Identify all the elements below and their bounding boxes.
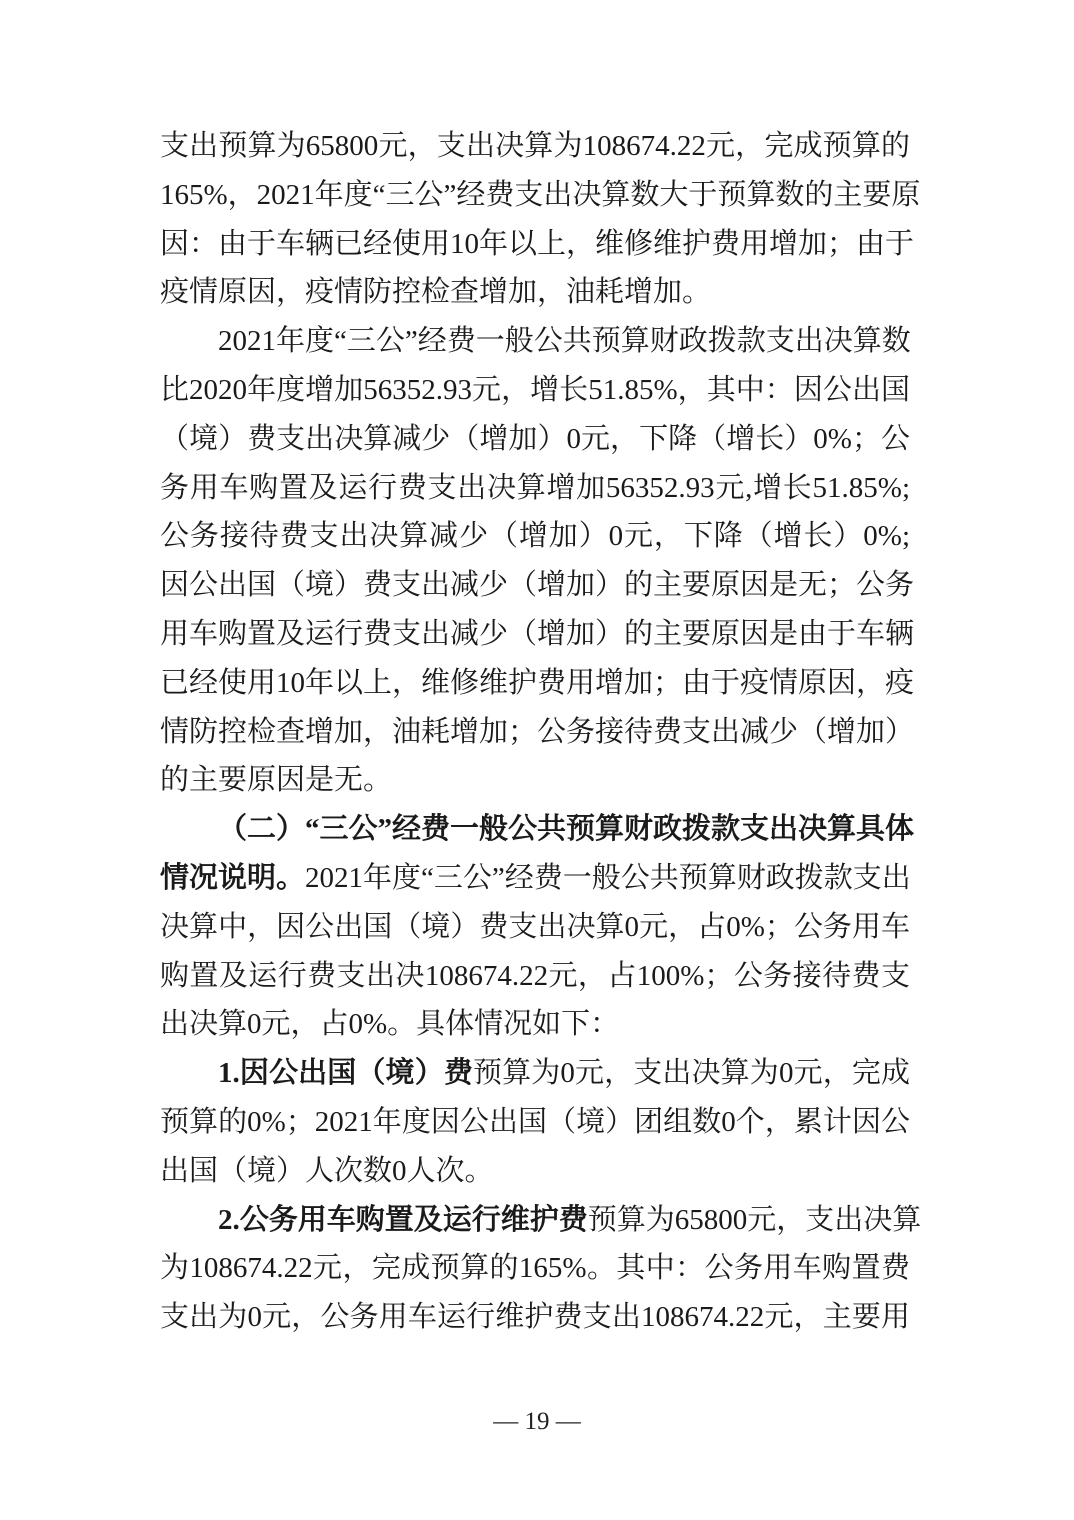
- text-line: 1.因公出国（境）费预算为0元，支出决算为0元，完成: [160, 1049, 910, 1098]
- text-line: 为108674.22元，完成预算的165%。其中：公务用车购置费: [160, 1244, 910, 1293]
- text-line: 2021年度“三公”经费一般公共预算财政拨款支出决算数: [160, 317, 910, 366]
- text-line: 务用车购置及运行费支出决算增加56352.93元,增长51.85%;: [160, 464, 910, 513]
- text-line: 预算的0%；2021年度因公出国（境）团组数0个，累计因公: [160, 1098, 910, 1147]
- text-line: 情况说明。2021年度“三公”经费一般公共预算财政拨款支出: [160, 854, 910, 903]
- text-line: 公务接待费支出决算减少（增加）0元，下降（增长）0%;: [160, 512, 910, 561]
- text-line: 的主要原因是无。: [160, 756, 910, 805]
- text-line: 已经使用10年以上，维修维护费用增加；由于疫情原因，疫: [160, 659, 910, 708]
- page: 支出预算为65800元，支出决算为108674.22元，完成预算的165%，20…: [0, 0, 1074, 1520]
- text-line: 165%，2021年度“三公”经费支出决算数大于预算数的主要原: [160, 171, 910, 220]
- text-line: 情防控检查增加，油耗增加；公务接待费支出减少（增加）: [160, 708, 910, 757]
- text-line: 购置及运行费支出决108674.22元，占100%；公务接待费支: [160, 952, 910, 1001]
- text-line: （境）费支出决算减少（增加）0元，下降（增长）0%；公: [160, 415, 910, 464]
- text-line: 疫情原因，疫情防控检查增加，油耗增加。: [160, 268, 910, 317]
- text-line: 因：由于车辆已经使用10年以上，维修维护费用增加；由于: [160, 220, 910, 269]
- text-line: 出国（境）人次数0人次。: [160, 1147, 910, 1196]
- document-body: 支出预算为65800元，支出决算为108674.22元，完成预算的165%，20…: [160, 122, 910, 1342]
- text-line: （二）“三公”经费一般公共预算财政拨款支出决算具体: [160, 805, 910, 854]
- text-line: 决算中，因公出国（境）费支出决算0元，占0%；公务用车: [160, 903, 910, 952]
- text-line: 用车购置及运行费支出减少（增加）的主要原因是由于车辆: [160, 610, 910, 659]
- page-number: — 19 —: [493, 1408, 581, 1435]
- text-line: 因公出国（境）费支出减少（增加）的主要原因是无；公务: [160, 561, 910, 610]
- text-line: 支出预算为65800元，支出决算为108674.22元，完成预算的: [160, 122, 910, 171]
- text-line: 支出为0元，公务用车运行维护费支出108674.22元，主要用: [160, 1293, 910, 1342]
- text-line: 2.公务用车购置及运行维护费预算为65800元，支出决算: [160, 1196, 910, 1245]
- text-line: 比2020年度增加56352.93元，增长51.85%，其中：因公出国: [160, 366, 910, 415]
- page-footer: — 19 —: [0, 1408, 1074, 1436]
- text-line: 出决算0元，占0%。具体情况如下：: [160, 1000, 910, 1049]
